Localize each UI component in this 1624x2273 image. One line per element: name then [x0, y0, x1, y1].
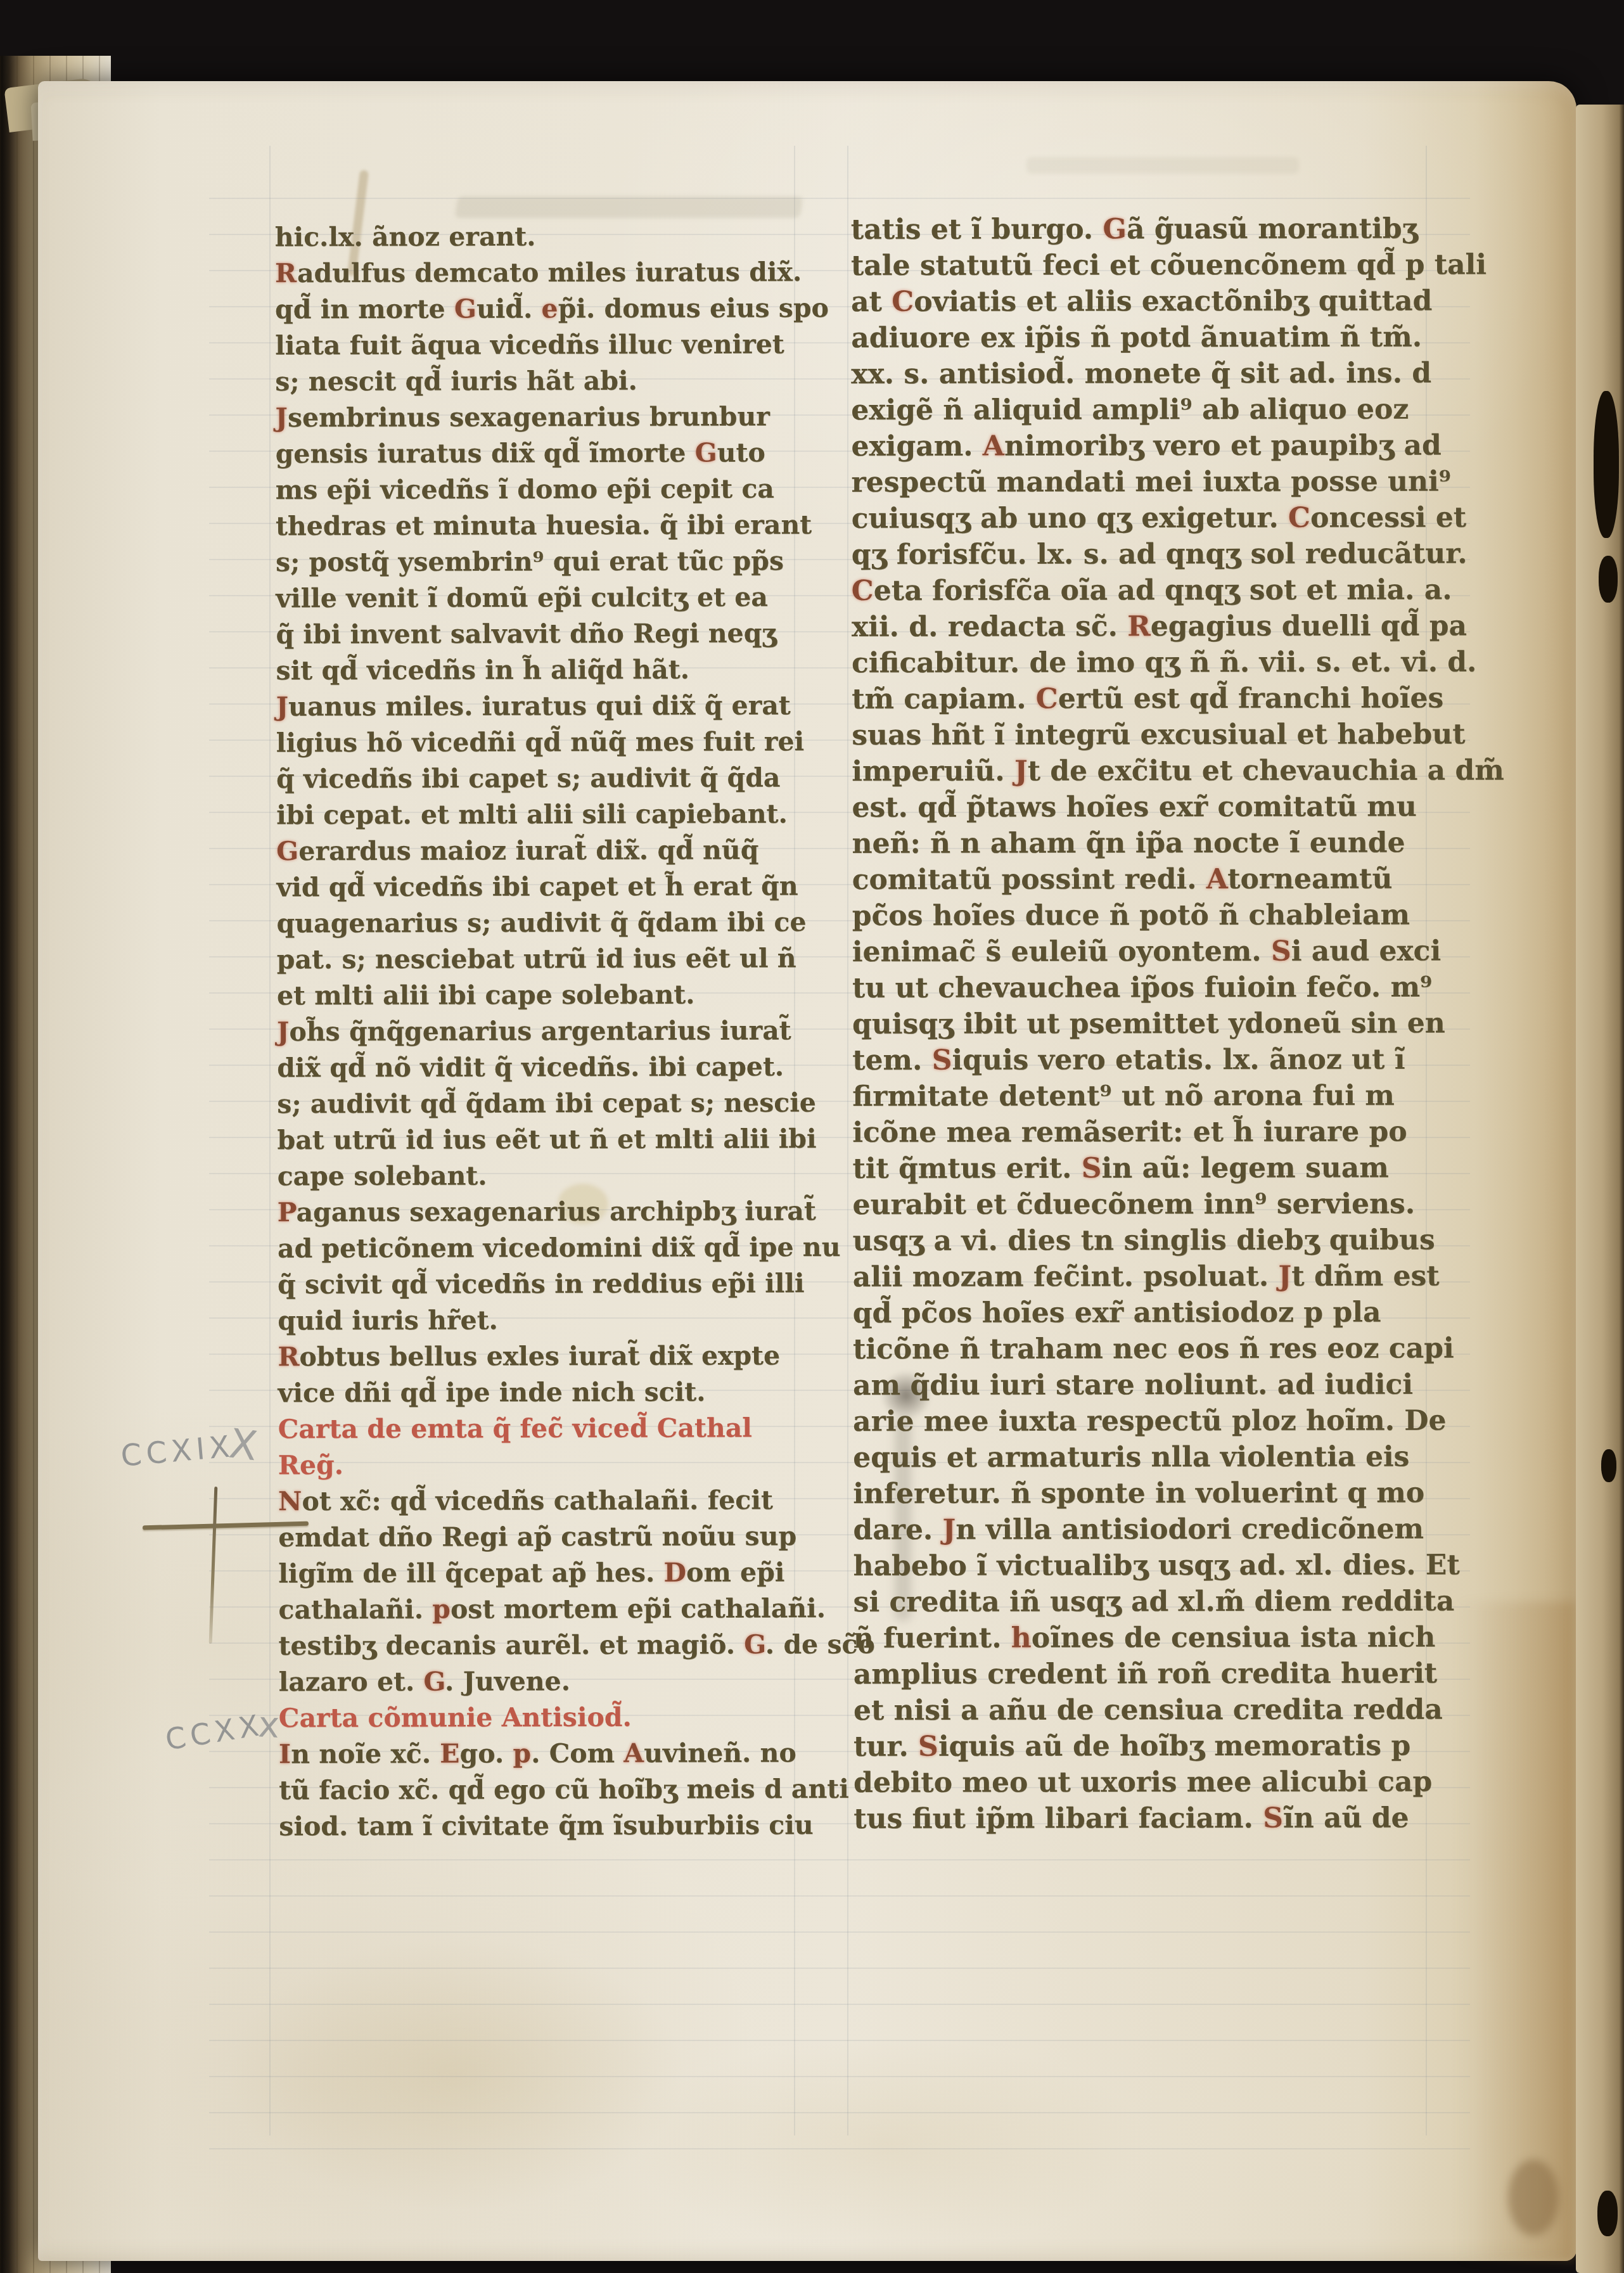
- text-line: q̃ vicedñs ibi capet s; audivit q̃ q̃da: [276, 760, 873, 797]
- text-line: exigam. Animoribʒ vero et paupibʒ ad: [851, 427, 1504, 464]
- text-line: exigẽ ñ aliquid ampli⁹ ab aliquo eoz: [851, 391, 1504, 428]
- rubric-line: Carta de emta q̃ fec̃ viced̃ Cathal: [278, 1410, 874, 1447]
- text-line: tale statutũ feci et cõuencõnem qd̃ p ta…: [851, 247, 1504, 284]
- rubric-line: Carta cõmunie Antisiod̃.: [279, 1699, 875, 1736]
- text-line: ibi cepat. et mlti alii sili capiebant.: [276, 796, 873, 833]
- text-line: Jsembrinus sexagenarius brunbur: [275, 399, 871, 436]
- rubric-line: Reg̃.: [278, 1446, 874, 1483]
- text-line: alii mozam fec̃int. psoluat. Jt dñm est: [853, 1258, 1506, 1295]
- text-line: siod. tam ĩ civitate q̃m ĩsuburbiis ciu: [279, 1807, 875, 1845]
- text-line: ms ep̃i vicedñs ĩ domo ep̃i cepit ca: [276, 471, 872, 508]
- text-line: imperuiũ. Jt de exc̃itu et chevauchia a …: [852, 752, 1504, 790]
- text-line: quisqʒ ibit ut psemittet ydoneũ sin en: [852, 1005, 1505, 1042]
- text-line: firmitate detent⁹ ut nõ arona fui m: [852, 1077, 1505, 1115]
- text-line: Joh̃s q̃nq̃genarius argentarius iurat̃: [277, 1013, 873, 1050]
- text-line: liata fuit ãqua vicedñs illuc veniret: [275, 326, 871, 364]
- text-line: icõne mea remãserit: et h̃ iurare po: [852, 1113, 1505, 1151]
- text-line: quagenarius s; audivit q̃ q̃dam ibi ce: [276, 904, 873, 942]
- stain: [1508, 2160, 1559, 2236]
- text-line: In noĩe xc̃. Ego. p. Com Auvineñ. no: [279, 1735, 875, 1772]
- text-line: habebo ĩ victualibʒ usqʒ ad. xl. dies. E…: [853, 1547, 1506, 1584]
- fore-edge-blot: [1594, 391, 1619, 538]
- text-line: dare. Jn villa antisiodori credicõnem: [853, 1511, 1506, 1548]
- text-line: tm̃ capiam. Certũ est qd̃ franchi hoĩes: [852, 680, 1504, 717]
- text-line: et nisi a añu de censiua credita redda: [854, 1691, 1506, 1729]
- pencil-flourish-x: x: [257, 1704, 285, 1746]
- text-line: cificabitur. de imo qʒ ñ ñ. vii. s. et. …: [852, 644, 1504, 681]
- pencil-note-ccxix: CCXIXX: [118, 1417, 264, 1476]
- text-line: debito meo ut uxoris mee alicubi cap: [854, 1764, 1506, 1801]
- text-line: Gerardus maioz iurat̃ dix̃. qd̃ nũq̃: [276, 832, 873, 869]
- text-line: s; nescit qd̃ iuris hãt abi.: [275, 362, 871, 400]
- text-line: testibʒ decanis aurẽl. et magiõ. G. de s…: [278, 1627, 874, 1664]
- text-line: amplius credent iñ roñ credita huerit: [854, 1655, 1506, 1693]
- fore-edge-blot: [1597, 2191, 1618, 2236]
- text-line: Juanus miles. iuratus qui dix̃ q̃ erat: [276, 688, 873, 725]
- text-line: q̃ scivit qd̃ vicedñs in reddius ep̃i il…: [278, 1265, 874, 1303]
- pencil-note-text: CCXIX: [120, 1429, 236, 1473]
- text-line: cuiusqʒ ab uno qʒ exigetur. Concessi et: [852, 499, 1504, 537]
- text-line: est. qd̃ p̃taws hoĩes exr̃ comitatũ mu: [852, 788, 1504, 826]
- text-line: thedras et minuta huesia. q̃ ibi erant: [276, 507, 872, 544]
- text-line: Paganus sexagenarius archipbʒ iurat̃: [278, 1193, 874, 1231]
- ink-showthrough: [1026, 157, 1299, 174]
- text-line: tatis et ĩ burgo. Gã g̃uasũ morantibʒ: [851, 210, 1504, 248]
- text-line: bat utrũ id ius eẽt ut ñ et mlti alii ib…: [277, 1121, 873, 1158]
- manuscript-photo: hic.lx. ãnoz erant.Radulfus demcato mile…: [0, 0, 1624, 2273]
- text-line: hic.lx. ãnoz erant.: [275, 218, 871, 255]
- text-column-right: tatis et ĩ burgo. Gã g̃uasũ morantibʒtal…: [851, 210, 1506, 1837]
- text-line: usqʒ a vi. dies tn singlis diebʒ quibus: [853, 1222, 1506, 1259]
- text-line: Not xc̃: qd̃ vicedñs cathalañi. fecit: [278, 1482, 874, 1520]
- text-line: Ceta forisfc̃a oĩa ad qnqʒ sot et mia. a…: [852, 572, 1504, 609]
- text-line: am q̃diu iuri stare noliunt. ad iudici: [853, 1366, 1506, 1404]
- text-line: qʒ forisfc̃u. lx. s. ad qnqʒ sol reducãt…: [852, 535, 1504, 573]
- text-line: pat. s; nesciebat utrũ id ius eẽt ul ñ: [277, 940, 873, 978]
- fore-edge-blot: [1601, 1449, 1616, 1482]
- text-line: equis et armaturis nlla violentia eis: [853, 1438, 1506, 1476]
- text-line: tũ facio xc̃. qd̃ ego cũ hoĩbʒ meis d an…: [279, 1771, 875, 1809]
- pencil-flourish-x: X: [227, 1421, 264, 1471]
- text-line: Robtus bellus exles iurat̃ dix̃ expte: [278, 1338, 874, 1375]
- text-line: qd̃ in morte Guid̃. ep̃i. domus eius spo: [275, 290, 871, 328]
- text-column-left: hic.lx. ãnoz erant.Radulfus demcato mile…: [275, 218, 876, 1845]
- text-line: xx. s. antisiod̃. monete q̃ sit ad. ins.…: [851, 355, 1504, 392]
- text-line: si credita iñ usqʒ ad xl.m̃ diem reddita: [854, 1583, 1506, 1620]
- text-line: vid qd̃ vicedñs ibi capet et h̃ erat q̃n: [276, 868, 873, 906]
- text-line: neñ: ñ n aham q̃n ip̃a nocte ĩ eunde: [852, 824, 1504, 862]
- text-line: Radulfus demcato miles iuratus dix̃.: [275, 254, 871, 291]
- text-line: arie mee iuxta respectũ ploz hoĩm. De: [853, 1402, 1506, 1440]
- text-line: tus fiut ip̃m libari faciam. Sĩn aũ de: [854, 1800, 1506, 1837]
- text-line: sit qd̃ vicedñs in h̃ aliq̃d hãt.: [276, 651, 872, 689]
- text-line: q̃ ibi invent salvavit dño Regi neqʒ: [276, 615, 872, 653]
- text-line: tem. Siquis vero etatis. lx. ãnoz ut ĩ: [852, 1041, 1505, 1079]
- text-line: gensis iuratus dix̃ qd̃ ĩmorte Guto: [276, 435, 872, 472]
- text-line: xii. d. redacta sc̃. Regagius duelli qd̃…: [852, 608, 1504, 645]
- text-line: emdat dño Regi ap̃ castrũ noũu sup: [278, 1518, 874, 1556]
- text-line: suas hñt ĩ integrũ excusiual et habebut: [852, 716, 1504, 753]
- text-line: ticõne ñ traham nec eos ñ res eoz capi: [853, 1330, 1506, 1367]
- text-line: qd̃ pc̃os hoĩes exr̃ antisiodoz p pla: [853, 1294, 1506, 1331]
- text-line: eurabit et c̃duecõnem inn⁹ serviens.: [852, 1186, 1505, 1223]
- fore-edge-blot: [1599, 556, 1618, 603]
- text-line: adiuore ex ip̃is ñ potd ãnuatim ñ tm̃.: [851, 319, 1504, 356]
- text-line: ñ fuerint. hoĩnes de censiua ista nich: [854, 1619, 1506, 1656]
- text-line: vice dñi qd̃ ipe inde nich scit.: [278, 1374, 874, 1411]
- text-line: ad peticõnem vicedomini dix̃ qd̃ ipe nu: [278, 1229, 874, 1267]
- text-line: inferetur. ñ sponte in voluerint q mo: [853, 1475, 1506, 1512]
- ruling-vertical: [269, 146, 271, 2135]
- text-line: s; audivit qd̃ q̃dam ibi cepat s; nescie: [277, 1085, 873, 1122]
- text-line: tit q̃mtus erit. Sin aũ: legem suam: [852, 1149, 1505, 1187]
- text-line: respectũ mandati mei iuxta posse uni⁹: [851, 463, 1504, 501]
- text-line: tur. Siquis aũ de hoĩbʒ memoratis p: [854, 1727, 1506, 1765]
- parchment-page: hic.lx. ãnoz erant.Radulfus demcato mile…: [38, 81, 1576, 2261]
- text-line: dix̃ qd̃ nõ vidit q̃ vicedñs. ibi capet.: [277, 1049, 873, 1086]
- text-line: ligĩm de ill q̃cepat ap̃ hes. Dom ep̃i: [278, 1554, 874, 1592]
- text-line: pc̃os hoĩes duce ñ potõ ñ chableiam: [852, 897, 1505, 934]
- text-line: at Coviatis et aliis exactõnibʒ quittad: [851, 283, 1504, 320]
- text-line: quid iuris hr̃et.: [278, 1302, 874, 1339]
- text-line: et mlti alii ibi cape solebant.: [277, 976, 873, 1014]
- text-line: s; postq̃ ysembrin⁹ qui erat tũc pp̃s: [276, 543, 872, 580]
- text-line: cathalañi. post mortem ep̃i cathalañi.: [278, 1591, 874, 1628]
- text-line: ligius hõ vicedñi qd̃ nũq̃ mes fuit rei: [276, 724, 873, 761]
- text-line: tu ut chevauchea ip̃os fuioin fec̃o. m⁹: [852, 969, 1505, 1006]
- text-line: comitatũ possint redi. Atorneamtũ: [852, 861, 1505, 898]
- text-line: ville venit ĩ domũ ep̃i culcitʒ et ea: [276, 579, 872, 617]
- text-line: cape solebant.: [278, 1157, 874, 1194]
- text-line: ienimac̃ s̃ euleiũ oyontem. Si aud exci: [852, 933, 1505, 970]
- ink-showthrough: [455, 196, 803, 218]
- book-fore-edge: [1576, 105, 1624, 2273]
- text-line: lazaro et. G. Juvene.: [279, 1663, 875, 1700]
